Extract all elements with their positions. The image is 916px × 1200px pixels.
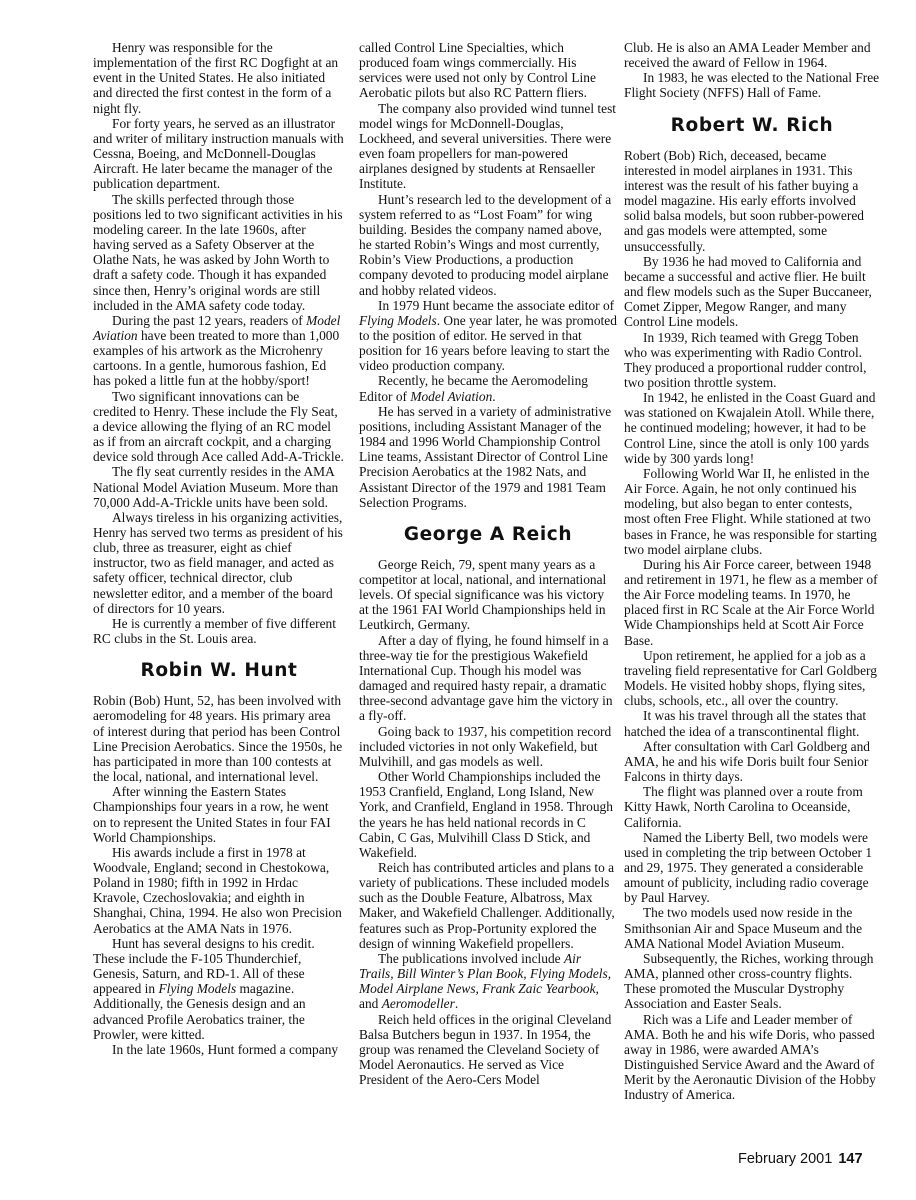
paragraph: By 1936 he had moved to California and b…: [624, 254, 880, 330]
paragraph: In 1979 Hunt became the associate editor…: [359, 298, 617, 374]
paragraph: George Reich, 79, spent many years as a …: [359, 557, 617, 633]
paragraph: After consultation with Carl Goldberg an…: [624, 739, 880, 784]
publication-title: Flying Models: [359, 313, 437, 328]
paragraph: Two significant innovations can be credi…: [93, 389, 345, 465]
publication-title: Aeromodeller: [382, 996, 455, 1011]
paragraph: Henry was responsible for the implementa…: [93, 40, 345, 116]
paragraph: Robin (Bob) Hunt, 52, has been involved …: [93, 693, 345, 784]
paragraph: Recently, he became the Aeromodeling Edi…: [359, 373, 617, 403]
paragraph: In the late 1960s, Hunt formed a company: [93, 1042, 345, 1057]
paragraph: During his Air Force career, between 194…: [624, 557, 880, 648]
paragraph: After a day of flying, he found himself …: [359, 633, 617, 724]
paragraph: The skills perfected through those posit…: [93, 192, 345, 313]
section-heading-robert-rich: Robert W. Rich: [624, 115, 880, 137]
paragraph: Rich was a Life and Leader member of AMA…: [624, 1012, 880, 1103]
paragraph: During the past 12 years, readers of Mod…: [93, 313, 345, 389]
paragraph: After winning the Eastern States Champio…: [93, 784, 345, 845]
paragraph: He is currently a member of five differe…: [93, 616, 345, 646]
paragraph: called Control Line Specialties, which p…: [359, 40, 617, 101]
paragraph: Subsequently, the Riches, working throug…: [624, 951, 880, 1012]
paragraph: Following World War II, he enlisted in t…: [624, 466, 880, 557]
paragraph: In 1939, Rich teamed with Gregg Toben wh…: [624, 330, 880, 391]
section-heading-george-reich: George A Reich: [359, 524, 617, 546]
paragraph: Upon retirement, he applied for a job as…: [624, 648, 880, 709]
paragraph: Other World Championships included the 1…: [359, 769, 617, 860]
column-2: called Control Line Specialties, which p…: [359, 40, 617, 1087]
paragraph: Hunt has several designs to his credit. …: [93, 936, 345, 1042]
paragraph: Reich has contributed articles and plans…: [359, 860, 617, 951]
column-3: Club. He is also an AMA Leader Member an…: [624, 40, 880, 1102]
paragraph: For forty years, he served as an illustr…: [93, 116, 345, 192]
paragraph: It was his travel through all the states…: [624, 708, 880, 738]
paragraph: The publications involved include Air Tr…: [359, 951, 617, 1012]
section-heading-robin-hunt: Robin W. Hunt: [93, 660, 345, 682]
page-footer: February 2001147: [738, 1151, 863, 1167]
page-number: 147: [838, 1151, 862, 1167]
column-1: Henry was responsible for the implementa…: [93, 40, 345, 1057]
paragraph: Reich held offices in the original Cleve…: [359, 1012, 617, 1088]
publication-title: Flying Models: [158, 981, 236, 996]
paragraph: Named the Liberty Bell, two models were …: [624, 830, 880, 906]
paragraph: Club. He is also an AMA Leader Member an…: [624, 40, 880, 70]
paragraph: His awards include a first in 1978 at Wo…: [93, 845, 345, 936]
paragraph: Hunt’s research led to the development o…: [359, 192, 617, 298]
paragraph: In 1983, he was elected to the National …: [624, 70, 880, 100]
paragraph: The company also provided wind tunnel te…: [359, 101, 617, 192]
paragraph: The fly seat currently resides in the AM…: [93, 464, 345, 509]
publication-title: Model Aviation: [410, 389, 492, 404]
paragraph: The flight was planned over a route from…: [624, 784, 880, 829]
paragraph: In 1942, he enlisted in the Coast Guard …: [624, 390, 880, 466]
paragraph: Always tireless in his organizing activi…: [93, 510, 345, 616]
paragraph: He has served in a variety of administra…: [359, 404, 617, 510]
issue-date: February 2001: [738, 1151, 832, 1167]
paragraph: Robert (Bob) Rich, deceased, became inte…: [624, 148, 880, 254]
paragraph: Going back to 1937, his competition reco…: [359, 724, 617, 769]
paragraph: The two models used now reside in the Sm…: [624, 905, 880, 950]
